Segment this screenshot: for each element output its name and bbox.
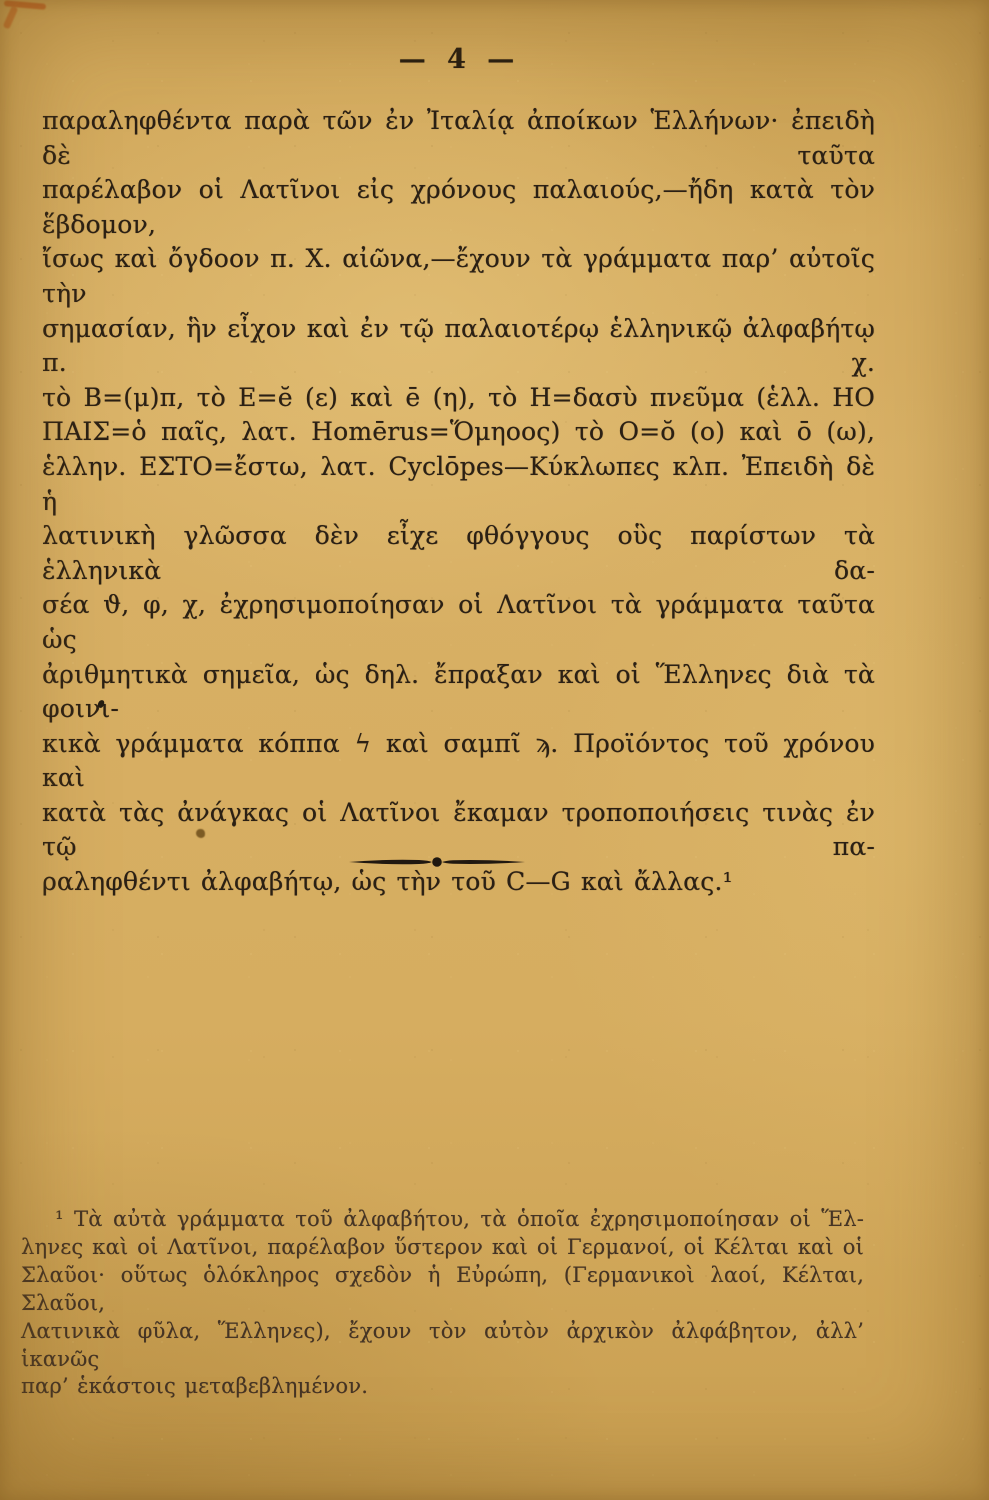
- page-number: — 4 —: [0, 44, 914, 75]
- main-text-block: παραληφθέντα παρὰ τῶν ἐν Ἰταλίᾳ ἀποίκων …: [42, 104, 875, 900]
- footnote-line: ληνες καὶ οἱ Λατῖνοι, παρέλαβον ὕστερον …: [21, 1234, 864, 1262]
- footnote-line: Σλαῦοι· οὕτως ὁλόκληρος σχεδὸν ἡ Εὐρώπη,…: [21, 1262, 864, 1318]
- corner-stain-mark: [3, 6, 19, 30]
- paper-blemish: [196, 829, 205, 838]
- text-line: σέα ϑ, φ, χ, ἐχρησιμοποίησαν οἱ Λατῖνοι …: [42, 588, 875, 657]
- footnote-line: ¹ Τὰ αὐτὰ γράμματα τοῦ ἀλφαβήτου, τὰ ὁπο…: [21, 1206, 864, 1234]
- footnote-line: παρ’ ἑκάστοις μεταβεβλημένον.: [21, 1373, 864, 1401]
- text-line: ραληφθέντι ἀλφαβήτῳ, ὡς τὴν τοῦ C—G καὶ …: [42, 865, 875, 900]
- text-line: κικὰ γράμματα κόππα ϟ καὶ σαμπῖ ϡ. Προϊό…: [42, 727, 875, 796]
- text-line: τὸ Β=(μ)π, τὸ Ε=ĕ (ε) καὶ ē (η), τὸ Η=δα…: [42, 381, 875, 416]
- ornamental-divider: [347, 854, 527, 870]
- text-line: ἴσως καὶ ὄγδοον π. Χ. αἰῶνα,—ἔχουν τὰ γρ…: [42, 242, 875, 311]
- text-line: λατινικὴ γλῶσσα δὲν εἶχε φθόγγους οὓς πα…: [42, 519, 875, 588]
- text-line: παραληφθέντα παρὰ τῶν ἐν Ἰταλίᾳ ἀποίκων …: [42, 104, 875, 173]
- footnote-line: Λατινικὰ φῦλα, Ἕλληνες), ἔχουν τὸν αὐτὸν…: [21, 1318, 864, 1374]
- text-line: σημασίαν, ἣν εἶχον καὶ ἐν τῷ παλαιοτέρῳ …: [42, 312, 875, 381]
- text-line: ἑλλην. ΕΣΤΟ=ἔστω, λατ. Cyclōpes—Κύκλωπες…: [42, 450, 875, 519]
- scanned-book-page: — 4 — παραληφθέντα παρὰ τῶν ἐν Ἰταλίᾳ ἀπ…: [0, 0, 989, 1500]
- footnote-block: ¹ Τὰ αὐτὰ γράμματα τοῦ ἀλφαβήτου, τὰ ὁπο…: [21, 1206, 864, 1401]
- divider-rule-icon: [347, 854, 527, 870]
- text-line: ἀριθμητικὰ σημεῖα, ὡς δηλ. ἔπραξαν καὶ ο…: [42, 658, 875, 727]
- text-line: ΠΑΙΣ=ὁ παῖς, λατ. Homērus=Ὅμηοος) τὸ Ο=ŏ…: [42, 415, 875, 450]
- text-line: παρέλαβον οἱ Λατῖνοι εἰς χρόνους παλαιού…: [42, 173, 875, 242]
